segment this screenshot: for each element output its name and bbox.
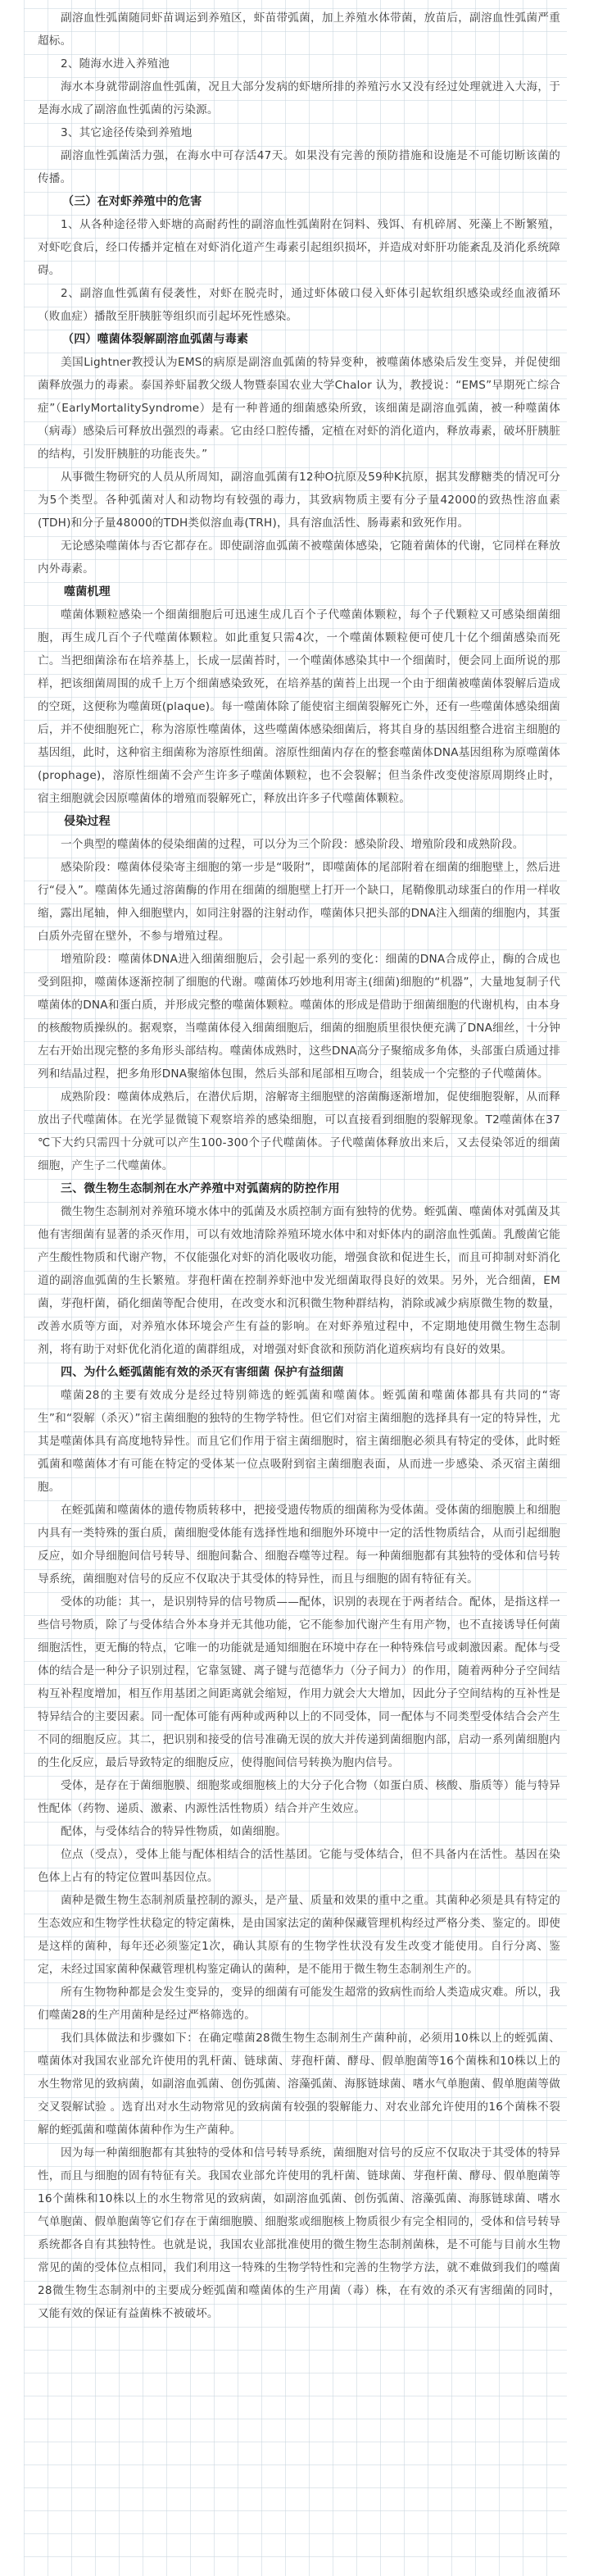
paragraph-receptor-function: 受体的功能：其一，是识别特异的信号物质——配体，识别的表现在于两者结合。配体，是… [38,1591,560,1774]
paragraph-receptor-definition: 受体，是存在于菌细胞膜、细胞浆或细胞核上的大分子化合物（如蛋白质、核酸、脂质等）… [38,1774,560,1820]
paragraph-microbial-agents: 微生物生态制剂对养殖环境水体中的弧菌及水质控制方面有独特的优势。蛭弧菌、噬菌体对… [38,1200,560,1361]
paragraph-site-definition: 位点（受点），受体上能与配体相结合的活性基团。它能与受体结合，但不具备内在活性。… [38,1843,560,1889]
article-body: 副溶血性弧菌随同虾苗调运到养殖区，虾苗带弧菌，加上养殖水体带菌，放苗后，副溶血性… [38,7,560,2325]
section-heading-bdellovibrio: 四、为什么蛭弧菌能有效的杀灭有害细菌 保护有益细菌 [38,1361,560,1384]
paragraph-vibrio-survival: 副溶血性弧菌活力强，在海水中可存活47天。如果没有完善的预防措施和设施是不可能切… [38,144,560,190]
paragraph-maturation-stage: 成熟阶段：噬菌体成熟后，在潜伏后期，溶解寄主细胞壁的溶菌酶逐渐增加，促使细胞裂解… [38,1085,560,1177]
paragraph-toxins-persist: 无论感染噬菌体与否它都存在。即使副溶血弧菌不被噬菌体感染，它随着菌体的代谢，它同… [38,535,560,580]
paragraph-conclusion: 因为每一种菌细胞都有其独特的受体和信号转导系统，菌细胞对信号的反应不仅取决于其受… [38,2141,560,2325]
section-heading-harm: （三）在对虾养殖中的危害 [38,190,560,213]
paragraph-ligand-definition: 配体，与受体结合的特异性物质，如菌细胞。 [38,1820,560,1843]
paragraph-ems-lightner: 美国Lightner教授认为EMS的病原是副溶血弧菌的特异变种，被噬菌体感染后发… [38,351,560,466]
subheading-infection-process: 侵染过程 [38,810,560,833]
paragraph-vibrio-with-shrimp-fry: 副溶血性弧菌随同虾苗调运到养殖区，虾苗带弧菌，加上养殖水体带菌，放苗后，副溶血性… [38,7,560,52]
paragraph-method-steps: 我们具体做法和步骤如下：在确定噬菌28微生物生态制剂生产菌种前，必须用10株以上… [38,2027,560,2141]
paragraph-phage28-ingredients: 噬菌28的主要有效成分是经过特别筛选的蛭弧菌和噬菌体。蛭弧菌和噬菌体都具有共同的… [38,1384,560,1499]
paragraph-three-stages: 一个典型的噬菌体的侵染细菌的过程，可以分为三个阶段：感染阶段、增殖阶段和成熟阶段… [38,833,560,856]
paragraph-variation: 所有生物物种都是会发生变异的，变异的细菌有可能发生超常的致病性而给人类造成灾难。… [38,1981,560,2027]
paragraph-proliferation-stage: 增殖阶段：噬菌体DNA进入细菌细胞后，会引起一系列的变化：细菌的DNA合成停止，… [38,948,560,1085]
paragraph-phage-mechanism: 噬菌体颗粒感染一个细菌细胞后可迅速生成几百个子代噬菌体颗粒，每个子代颗粒又可感染… [38,603,560,810]
paragraph-harm-1: 1、从各种途径带入虾塘的高耐药性的副溶血性弧菌附在饲料、残饵、有机碎屑、死藻上不… [38,213,560,282]
subheading-phage-mechanism: 噬菌机理 [38,580,560,603]
paragraph-infection-stage: 感染阶段：噬菌体侵染寄主细胞的第一步是“吸附”，即噬菌体的尾部附着在细菌的细胞壁… [38,856,560,948]
paragraph-receptor-bacteria: 在蛭弧菌和噬菌体的遗传物质转移中，把接受遗传物质的细菌称为受体菌。受体菌的细胞膜… [38,1499,560,1591]
paragraph-harm-2: 2、副溶血性弧菌有侵袭性，对虾在脱壳时，通过虾体破口侵入虾体引起软组织感染或经血… [38,282,560,328]
list-item-via-seawater: 2、随海水进入养殖池 [38,52,560,75]
paragraph-antigens-toxins: 从事微生物研究的人员从所周知，副溶血弧菌有12种O抗原及59种K抗原，据其发酵糖… [38,466,560,535]
section-heading-phage-lysis: （四）噬菌体裂解副溶血弧菌与毒素 [38,328,560,351]
paragraph-strain-quality: 菌种是微生物生态制剂质量控制的源头，是产量、质量和效果的重中之重。其菌种必须是具… [38,1889,560,1981]
list-item-other-routes: 3、其它途径传染到养殖地 [38,121,560,144]
paragraph-seawater-pollution: 海水本身就带副溶血性弧菌，况且大部分发病的虾塘所排的养殖污水又没有经过处理就进入… [38,75,560,121]
section-heading-microbial-agents: 三、微生物生态制剂在水产养殖中对弧菌病的防控作用 [38,1177,560,1200]
